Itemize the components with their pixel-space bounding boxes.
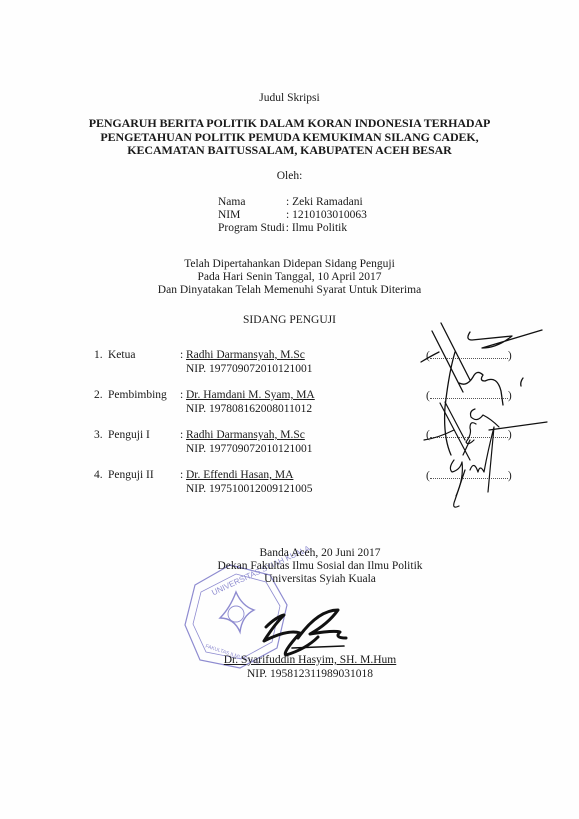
approval-page: Judul Skripsi PENGARUH BERITA POLITIK DA… (0, 0, 579, 819)
signature-ketua (421, 323, 542, 455)
signature-penguji-1 (424, 402, 547, 507)
signatures (0, 0, 579, 819)
signature-dean (264, 610, 346, 655)
